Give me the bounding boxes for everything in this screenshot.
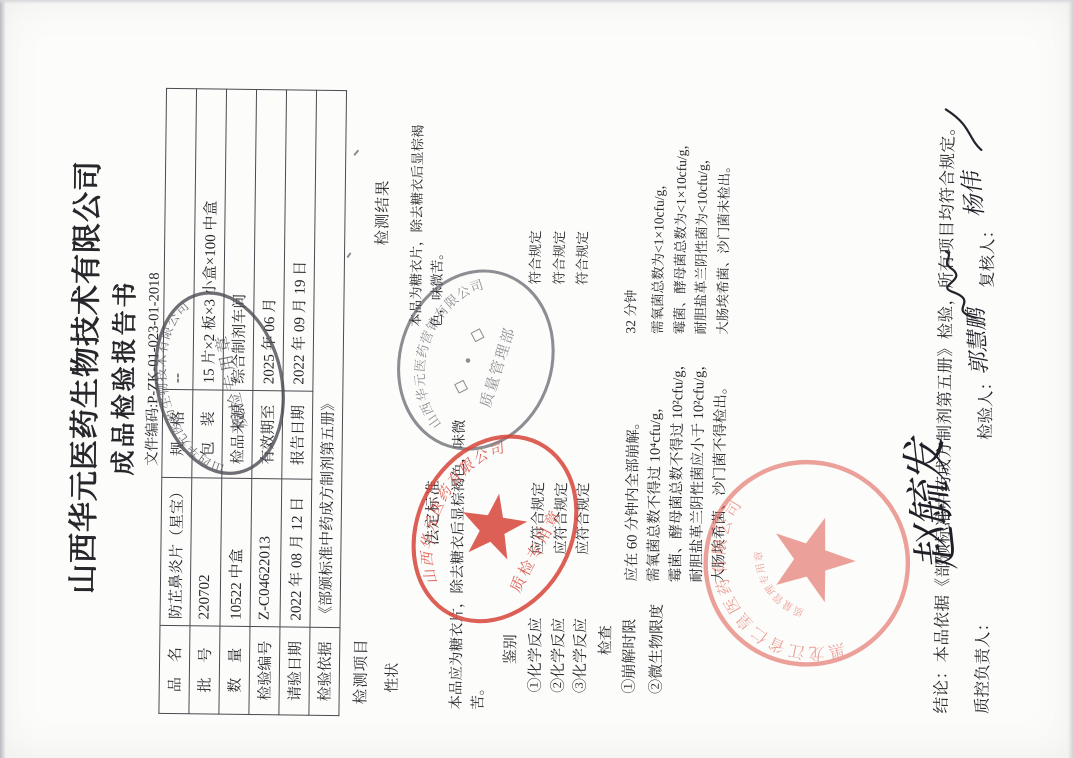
item-inspection-label: 检查 — [594, 625, 615, 655]
inspector-extra-scribble — [939, 249, 984, 322]
row-label: 请验日期 — [279, 627, 310, 715]
scan-speck — [353, 149, 359, 156]
report-page: 山西华元医药生物技术有限公司 成品检验报告书 文件编码:P-ZK-01-023-… — [4, 6, 1071, 758]
row-label: 数 量 — [219, 626, 250, 714]
column-header-result: 检测结果 — [370, 179, 393, 245]
column-header-item: 检测项目 — [349, 638, 372, 704]
report-title: 成品检验报告书 — [100, 7, 145, 747]
row-label: 批 号 — [189, 626, 220, 714]
row-value: 2022 年 08 月 12 日 — [280, 479, 312, 627]
row-value: 防芷鼻炎片（星宝） — [160, 477, 192, 625]
conclusion-text: 结论：本品依据《部颁标准中药成方制剂第五册》检验，所有项目均符合规定。 — [927, 118, 958, 713]
item-appearance-label: 性状 — [381, 663, 402, 693]
chem-test-3-result: 符合规定 — [571, 231, 592, 285]
stamp-ring-text: 黑龙江省仁皇医药有限公司 — [672, 491, 852, 700]
microbial-label: ②微生物限度 — [645, 604, 667, 694]
chem-test-3-label: ③化学反应 — [569, 618, 591, 693]
scan-speck — [346, 252, 351, 258]
row-value: 220702 — [190, 478, 222, 626]
microbial-result-line: 耐胆盐革兰阴性菌为<10cfu/g， — [690, 136, 714, 334]
row-value: 2022 年 09 月 19 日 — [283, 90, 317, 391]
basis-label: 检验依据 — [309, 627, 340, 715]
inspector-label: 检验人： — [972, 374, 997, 440]
svg-text:黑龙江省仁皇医药有限公司: 黑龙江省仁皇医药有限公司 — [672, 491, 852, 700]
row-value: Z-C04622013 — [250, 479, 282, 627]
stamp-star-icon — [752, 505, 865, 619]
table-row: 检验依据 《部颁标准中药成方制剂第五册》 — [309, 90, 347, 715]
stamp-center-text: 质检专用章 — [506, 505, 566, 595]
row-label: 品 名 — [159, 625, 190, 713]
microbial-result-line: 霉菌、酵母菌总数为<1×10cfu/g， — [669, 136, 693, 334]
basis-value: 《部颁标准中药成方制剂第五册》 — [310, 90, 347, 627]
scan-edge-top — [0, 0, 1073, 4]
qc-manager-label: 质控负责人： — [968, 615, 993, 714]
stamp-star-icon — [448, 483, 533, 570]
stamp-center-text: 质检专用章 — [211, 331, 251, 430]
disintegration-label: ①崩解时限 — [618, 618, 640, 693]
microbial-result-line: 大肠埃希菌、沙门菌未检出。 — [712, 136, 736, 334]
disintegration-result: 32 分钟 — [619, 290, 640, 334]
chem-test-2-result: 符合规定 — [548, 231, 569, 285]
reviewer-flourish-stroke — [941, 103, 986, 154]
row-value: 10522 中盒 — [220, 478, 252, 626]
disintegration-standard: 应在 60 分钟内全部崩解。 — [620, 415, 643, 582]
reviewer-signature: 杨伟 — [953, 170, 990, 219]
chem-test-2-label: ②化学反应 — [547, 618, 569, 693]
row-label: 检验编号 — [249, 626, 280, 714]
scanned-report-canvas: 山西华元医药生物技术有限公司 成品检验报告书 文件编码:P-ZK-01-023-… — [0, 0, 1073, 758]
microbial-result: 需氧菌总数为<1×10cfu/g， 霉菌、酵母菌总数为<1×10cfu/g， 耐… — [647, 136, 735, 335]
microbial-result-line: 需氧菌总数为<1×10cfu/g， — [647, 136, 671, 334]
